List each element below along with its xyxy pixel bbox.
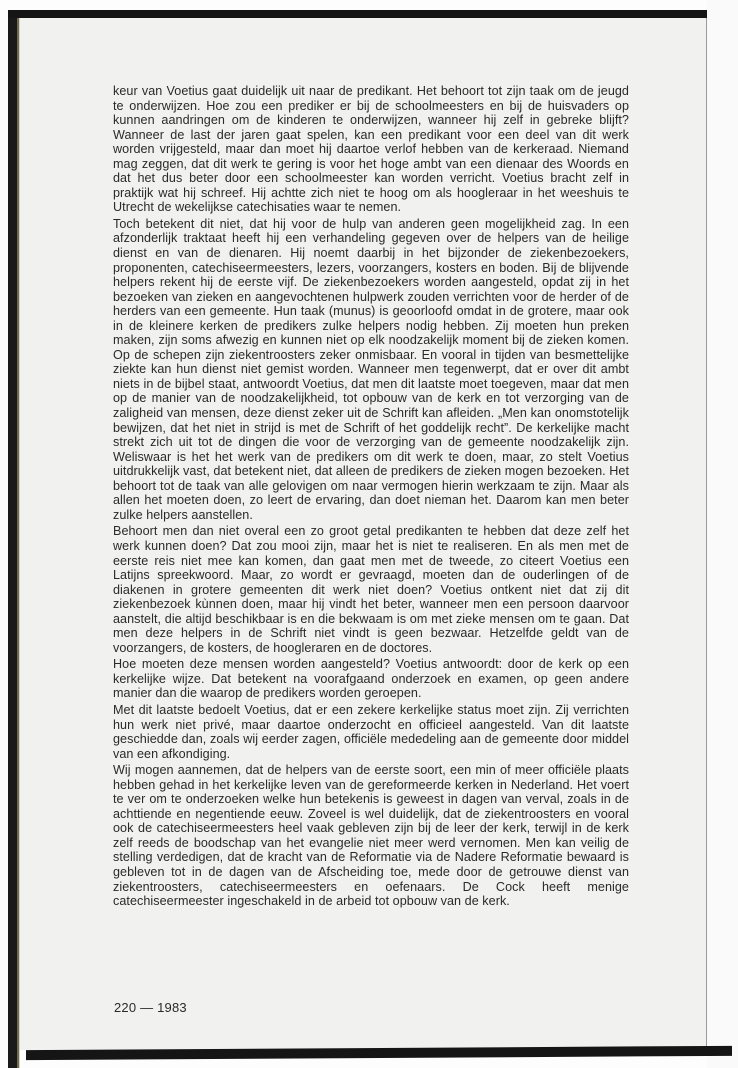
paragraph: Met dit laatste bedoelt Voetius, dat er …: [113, 703, 629, 761]
scan-left-edge: [8, 12, 20, 1068]
paragraph: Behoort men dan niet overal een zo groot…: [113, 524, 629, 655]
page-number: 220 — 1983: [114, 1000, 187, 1015]
body-text: keur van Voetius gaat duidelijk uit naar…: [113, 84, 629, 911]
paragraph: Toch betekent dit niet, dat hij voor de …: [113, 217, 629, 522]
paragraph: Wij mogen aannemen, dat de helpers van d…: [113, 763, 629, 908]
scan-right-margin: [707, 0, 738, 1068]
paragraph: keur van Voetius gaat duidelijk uit naar…: [113, 84, 629, 215]
scan-top-edge: [8, 10, 713, 18]
paragraph: Hoe moeten deze mensen worden aangesteld…: [113, 657, 629, 701]
